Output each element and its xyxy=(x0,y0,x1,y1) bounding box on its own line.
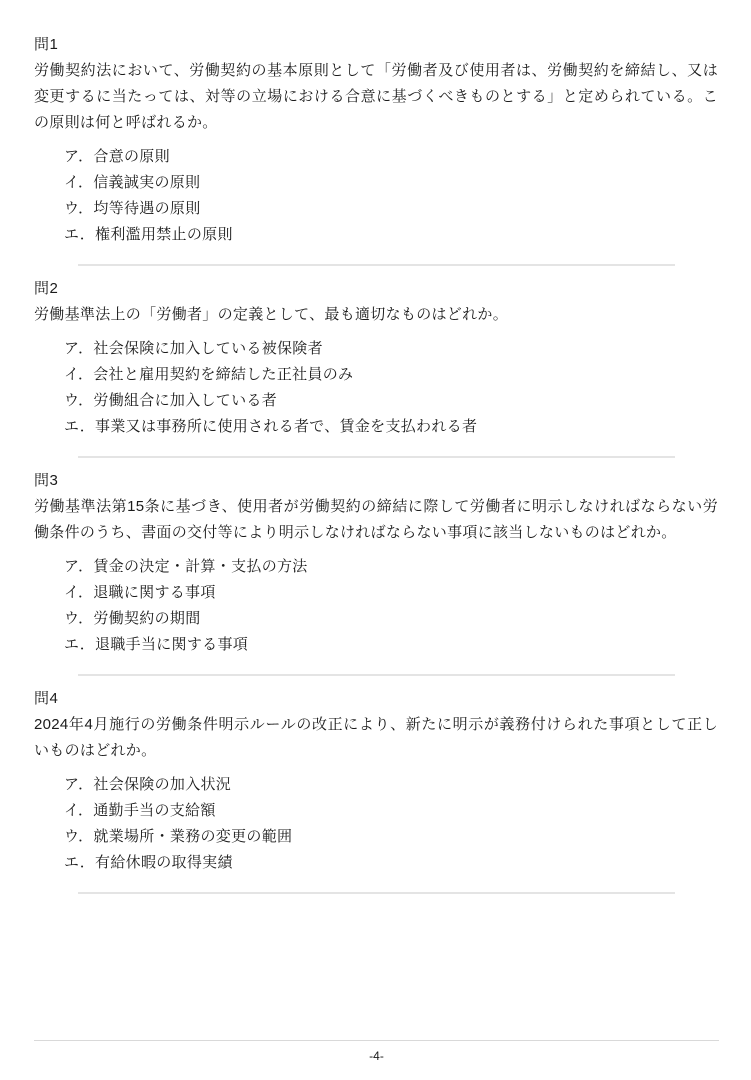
option-u: ウ．均等待遇の原則 xyxy=(64,196,718,222)
option-e: エ．事業又は事務所に使用される者で、賃金を支払われる者 xyxy=(64,414,718,440)
exam-document-page: 問1 労働契約法において、労働契約の基本原則として「労働者及び使用者は、労働契約… xyxy=(0,0,751,894)
options-list: ア．社会保険の加入状況 イ．通勤手当の支給額 ウ．就業場所・業務の変更の範囲 エ… xyxy=(64,772,718,876)
option-a: ア．社会保険に加入している被保険者 xyxy=(64,336,718,362)
section-divider xyxy=(78,892,675,894)
section-divider xyxy=(78,456,675,458)
page-number: -4- xyxy=(34,1049,719,1063)
options-list: ア．合意の原則 イ．信義誠実の原則 ウ．均等待遇の原則 エ．権利濫用禁止の原則 xyxy=(64,144,718,248)
question-number: 問4 xyxy=(34,690,718,708)
option-a: ア．合意の原則 xyxy=(64,144,718,170)
question-number: 問2 xyxy=(34,280,718,298)
question-block-1: 問1 労働契約法において、労働契約の基本原則として「労働者及び使用者は、労働契約… xyxy=(34,36,718,266)
question-block-2: 問2 労働基準法上の「労働者」の定義として、最も適切なものはどれか。 ア．社会保… xyxy=(34,280,718,458)
option-e: エ．権利濫用禁止の原則 xyxy=(64,222,718,248)
option-i: イ．会社と雇用契約を締結した正社員のみ xyxy=(64,362,718,388)
option-a: ア．賃金の決定・計算・支払の方法 xyxy=(64,554,718,580)
option-e: エ．退職手当に関する事項 xyxy=(64,632,718,658)
question-number: 問3 xyxy=(34,472,718,490)
question-block-3: 問3 労働基準法第15条に基づき、使用者が労働契約の締結に際して労働者に明示しな… xyxy=(34,472,718,676)
options-list: ア．賃金の決定・計算・支払の方法 イ．退職に関する事項 ウ．労働契約の期間 エ．… xyxy=(64,554,718,658)
option-a: ア．社会保険の加入状況 xyxy=(64,772,718,798)
option-u: ウ．労働組合に加入している者 xyxy=(64,388,718,414)
option-e: エ．有給休暇の取得実績 xyxy=(64,850,718,876)
option-u: ウ．就業場所・業務の変更の範囲 xyxy=(64,824,718,850)
section-divider xyxy=(78,674,675,676)
option-i: イ．通勤手当の支給額 xyxy=(64,798,718,824)
question-number: 問1 xyxy=(34,36,718,54)
question-text: 2024年4月施行の労働条件明示ルールの改正により、新たに明示が義務付けられた事… xyxy=(34,712,718,764)
options-list: ア．社会保険に加入している被保険者 イ．会社と雇用契約を締結した正社員のみ ウ．… xyxy=(64,336,718,440)
page-footer: -4- xyxy=(34,1040,719,1080)
question-text: 労働契約法において、労働契約の基本原則として「労働者及び使用者は、労働契約を締結… xyxy=(34,58,718,136)
footer-divider xyxy=(34,1040,719,1041)
option-i: イ．退職に関する事項 xyxy=(64,580,718,606)
option-i: イ．信義誠実の原則 xyxy=(64,170,718,196)
question-text: 労働基準法第15条に基づき、使用者が労働契約の締結に際して労働者に明示しなければ… xyxy=(34,494,718,546)
option-u: ウ．労働契約の期間 xyxy=(64,606,718,632)
question-text: 労働基準法上の「労働者」の定義として、最も適切なものはどれか。 xyxy=(34,302,718,328)
question-block-4: 問4 2024年4月施行の労働条件明示ルールの改正により、新たに明示が義務付けら… xyxy=(34,690,718,894)
section-divider xyxy=(78,264,675,266)
